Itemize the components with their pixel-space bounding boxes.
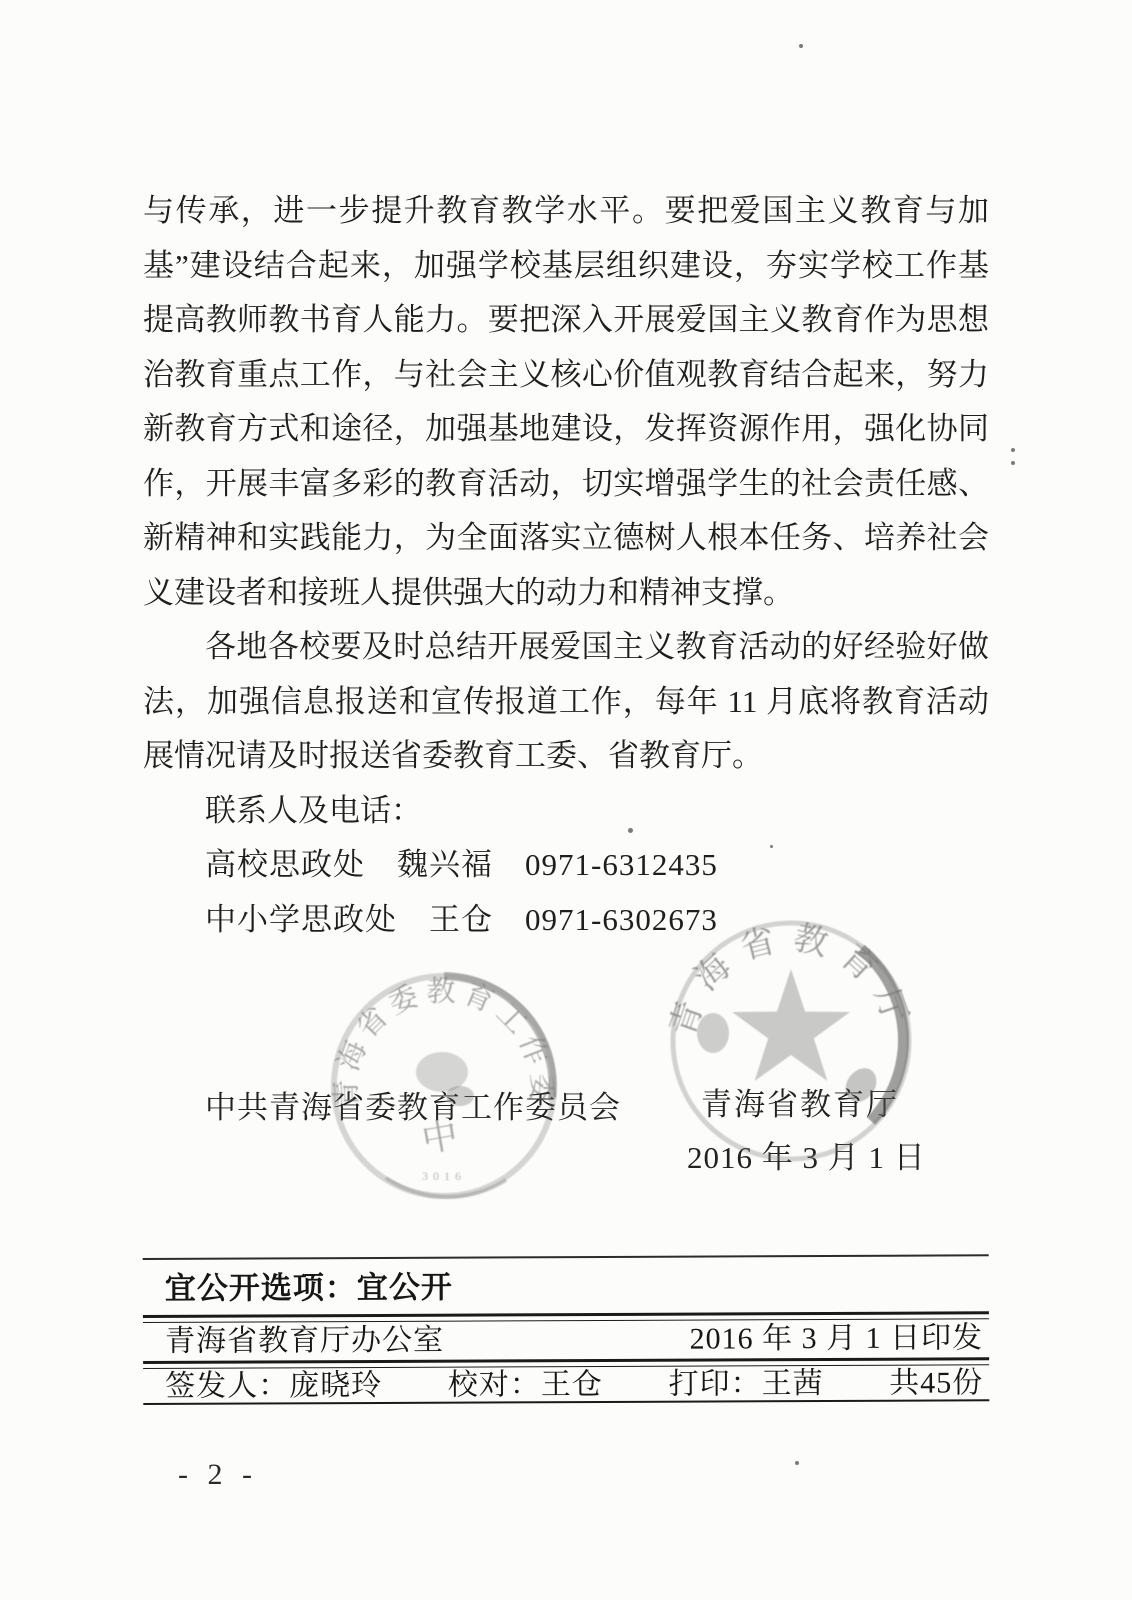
signature-right-org: 青海省教育厅 bbox=[701, 1079, 899, 1124]
education-department-seal-icon: 青海省教育厅 bbox=[665, 915, 917, 1167]
scan-noise-dot bbox=[628, 828, 633, 833]
text-line: 提高教师教书育人能力。要把深入开展爱国主义教育作为思想政 bbox=[143, 293, 989, 348]
text-line: 基”建设结合起来，加强学校基层组织建设，夯实学校工作基础， bbox=[143, 239, 989, 294]
text-line: 新教育方式和途径，加强基地建设，发挥资源作用，强化协同协 bbox=[143, 402, 989, 457]
scan-noise-dot bbox=[1011, 448, 1015, 452]
copies-count: 共45份 bbox=[889, 1365, 983, 1399]
scanned-document-page: 与传承，进一步提升教育教学水平。要把爱国主义教育与加强“三 基”建设结合起来，加… bbox=[0, 0, 1132, 1600]
text-line: 作，开展丰富多彩的教育活动，切实增强学生的社会责任感、创 bbox=[143, 457, 989, 512]
print-date: 2016 年 3 月 1 日印发 bbox=[689, 1319, 983, 1358]
issuer-row: 签发人：庞晓玲 校对：王仓 打印：王茜 共45份 bbox=[143, 1365, 989, 1403]
signature-date: 2016 年 3 月 1 日 bbox=[687, 1132, 926, 1177]
page-number: - 2 - bbox=[178, 1458, 258, 1492]
issuing-office-row: 青海省教育厅办公室 2016 年 3 月 1 日印发 bbox=[143, 1319, 989, 1361]
signature-left-org: 中共青海省委教育工作委员会 bbox=[205, 1082, 621, 1127]
text-line: 治教育重点工作，与社会主义核心价值观教育结合起来，努力创 bbox=[143, 348, 989, 403]
scan-noise-dot bbox=[795, 1461, 799, 1465]
classification-row: 宜公开选项：宜公开 bbox=[143, 1256, 989, 1315]
proofreader-name: 校对：王仓 bbox=[448, 1367, 603, 1402]
text-line: 与传承，进一步提升教育教学水平。要把爱国主义教育与加强“三 bbox=[143, 184, 989, 239]
text-line: 新精神和实践能力，为全面落实立德树人根本任务、培养社会主 bbox=[143, 511, 989, 566]
text-line: 各地各校要及时总结开展爱国主义教育活动的好经验好做 bbox=[143, 620, 989, 675]
contact-line-school: 中小学思政处 王仓 0971-6302673 bbox=[143, 893, 989, 948]
contact-line-university: 高校思政处 魏兴福 0971-6312435 bbox=[143, 838, 989, 893]
scan-noise-dot bbox=[799, 44, 803, 48]
contact-heading: 联系人及电话： bbox=[143, 784, 989, 839]
issuing-office: 青海省教育厅办公室 bbox=[165, 1322, 444, 1361]
seal-code: 3016 bbox=[422, 1169, 466, 1183]
scan-noise-dot bbox=[770, 845, 773, 848]
document-body: 与传承，进一步提升教育教学水平。要把爱国主义教育与加强“三 基”建设结合起来，加… bbox=[143, 184, 989, 947]
footer-table: 宜公开选项：宜公开 青海省教育厅办公室 2016 年 3 月 1 日印发 签发人… bbox=[143, 1254, 990, 1405]
text-line: 展情况请及时报送省委教育工委、省教育厅。 bbox=[143, 729, 989, 784]
seal-star bbox=[732, 969, 850, 1081]
printer-name: 打印：王茜 bbox=[668, 1366, 823, 1401]
scan-noise-dot bbox=[1011, 461, 1015, 465]
text-line: 法，加强信息报送和宣传报道工作，每年 11 月底将教育活动开 bbox=[143, 675, 989, 730]
text-line: 义建设者和接班人提供强大的动力和精神支撑。 bbox=[143, 566, 989, 621]
issuer-name: 签发人：庞晓玲 bbox=[165, 1368, 382, 1403]
